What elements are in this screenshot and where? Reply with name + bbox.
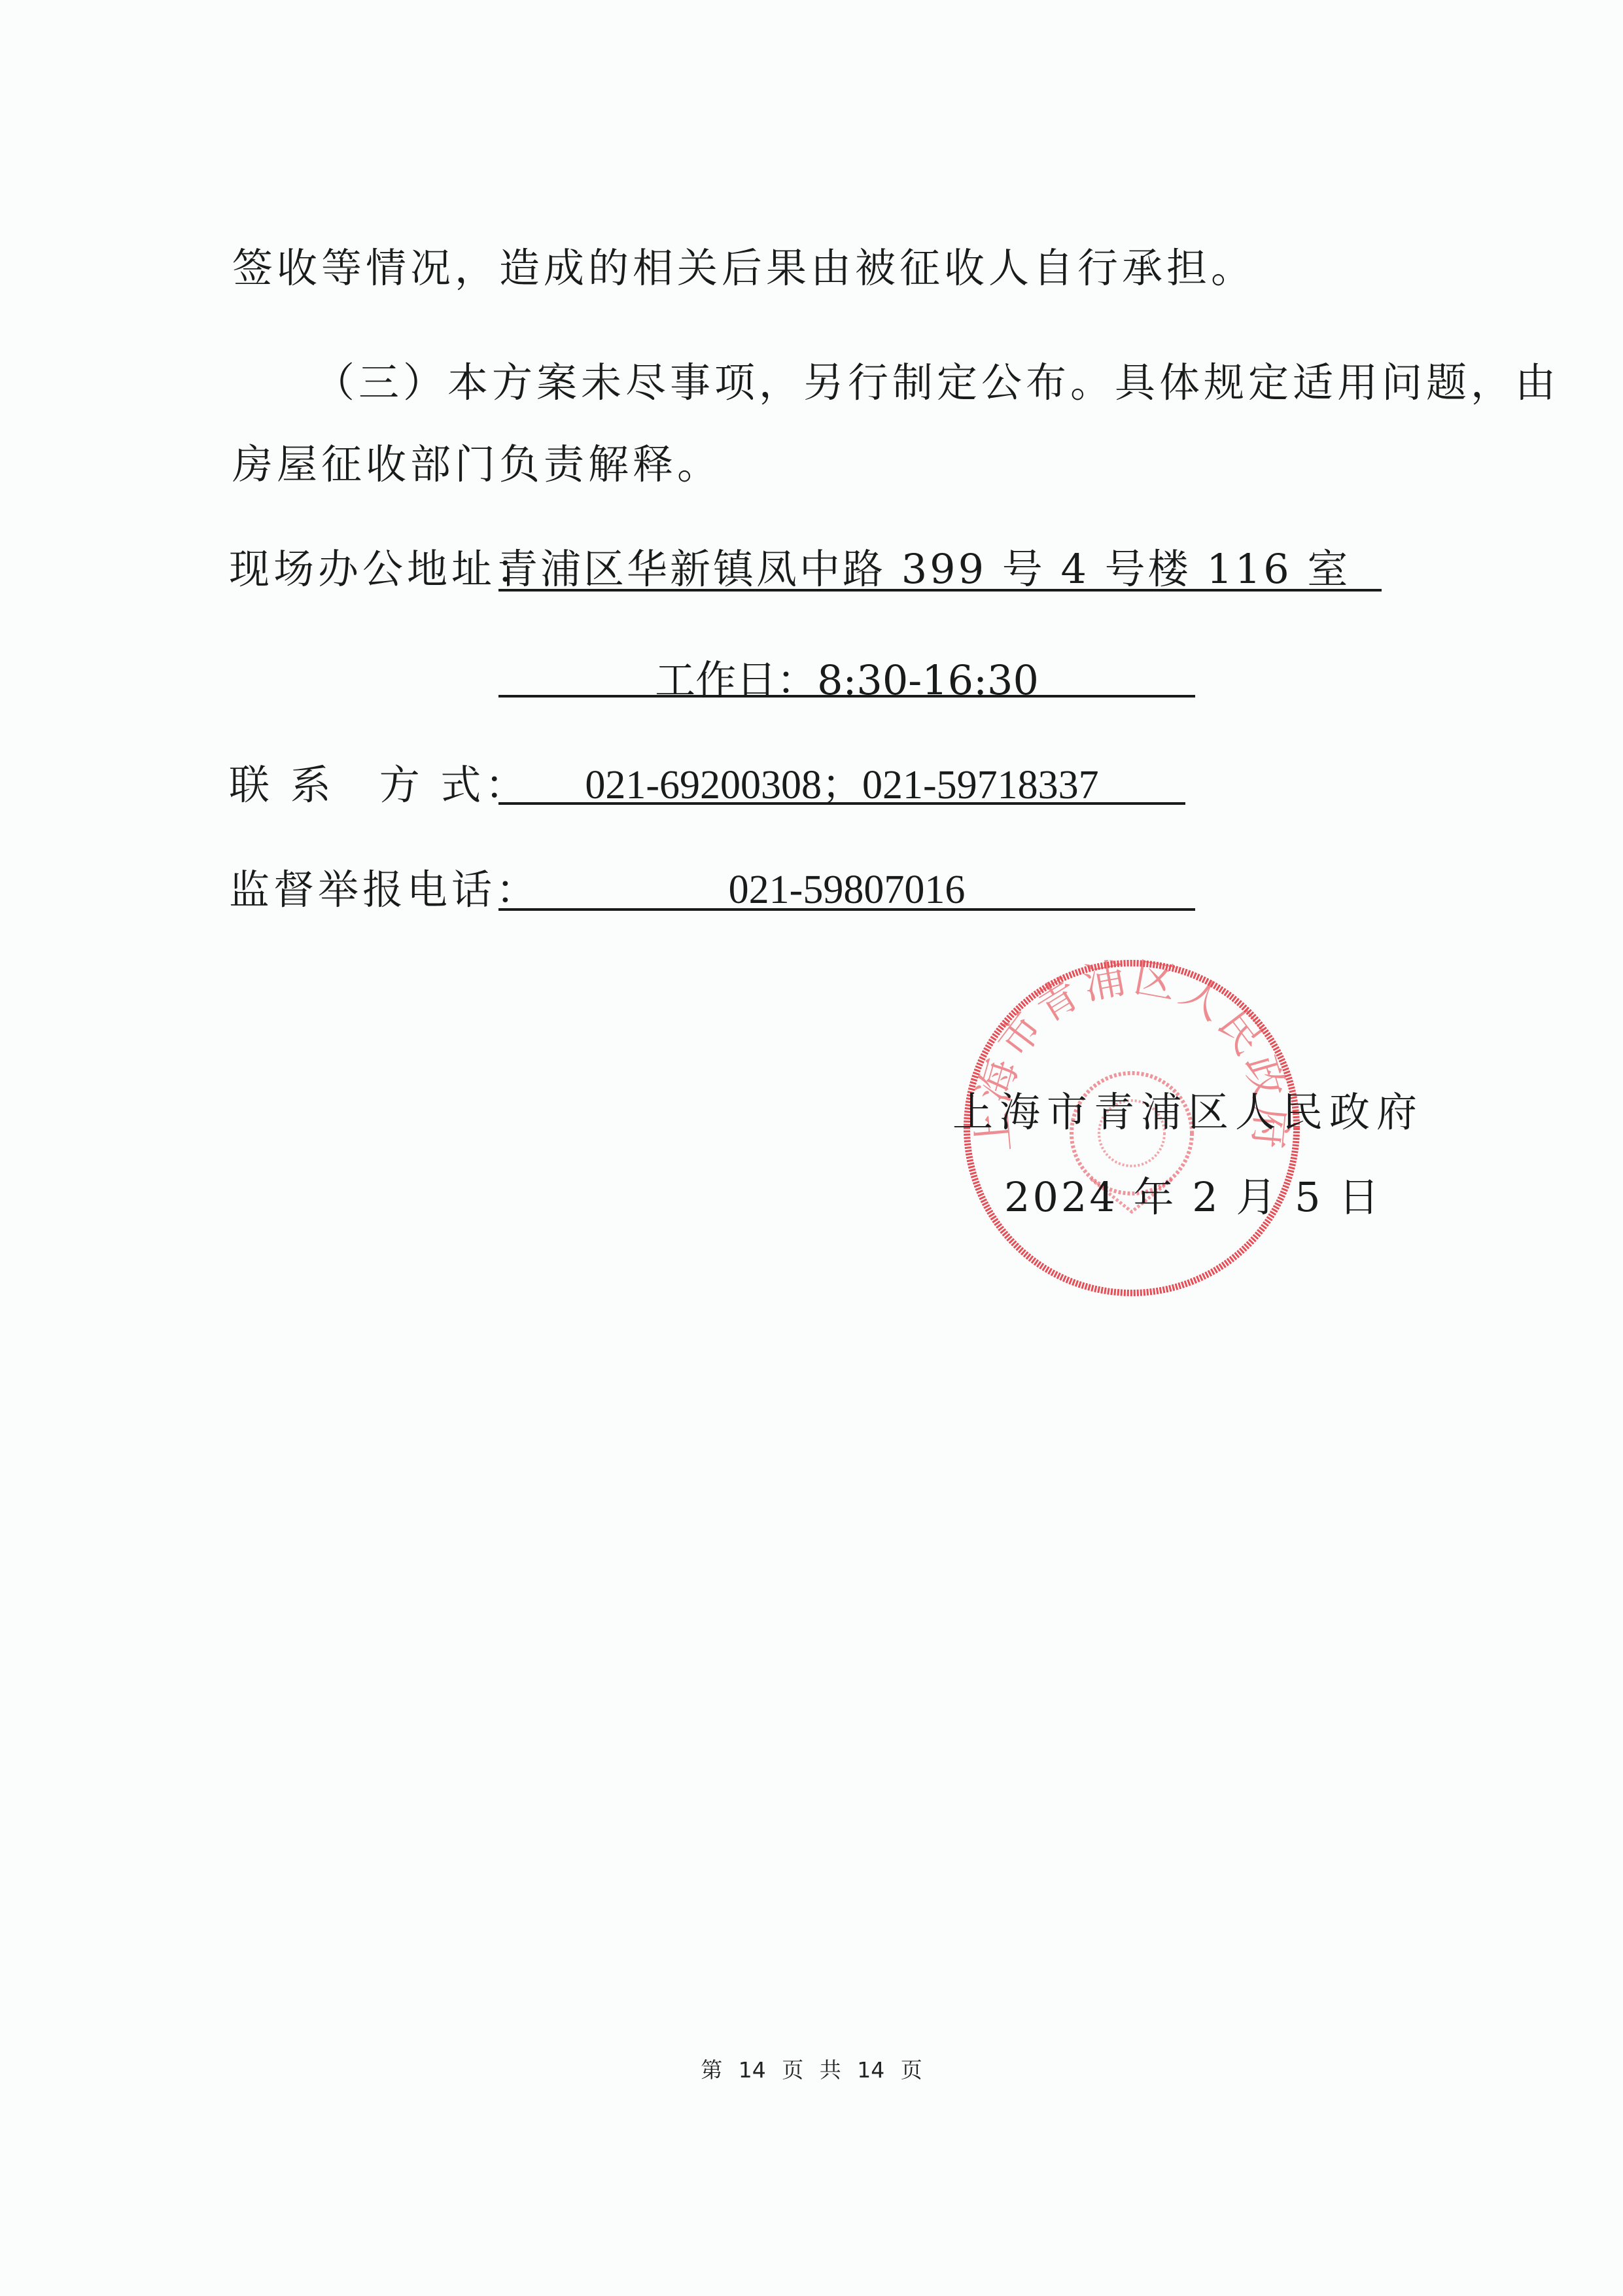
phone-underline <box>498 802 1185 805</box>
paragraph-2-line-2: 房屋征收部门负责解释。 <box>232 438 722 491</box>
office-address-underline <box>498 589 1382 592</box>
office-address-label: 现场办公地址： <box>229 543 540 595</box>
working-hours-underline <box>498 695 1195 698</box>
report-phone-label: 监督举报电话： <box>229 864 540 916</box>
paragraph-1-tail: 签收等情况，造成的相关后果由被征收人自行承担。 <box>232 242 1255 294</box>
paragraph-2-line-1: （三）本方案未尽事项，另行制定公布。具体规定适用问题，由 <box>314 357 1560 409</box>
office-address-value: 青浦区华新镇凤中路 399 号 4 号楼 116 室 <box>497 543 1350 595</box>
phone-label: 联 系 方 式： <box>229 759 529 811</box>
working-hours: 工作日：8:30-16:30 <box>498 654 1195 707</box>
signing-date: 2024 年 2 月 5 日 <box>1004 1171 1382 1224</box>
report-phone-underline <box>498 908 1195 911</box>
signing-organization: 上海市青浦区人民政府 <box>952 1086 1423 1139</box>
page-indicator: 第 14 页 共 14 页 <box>0 2053 1623 2084</box>
